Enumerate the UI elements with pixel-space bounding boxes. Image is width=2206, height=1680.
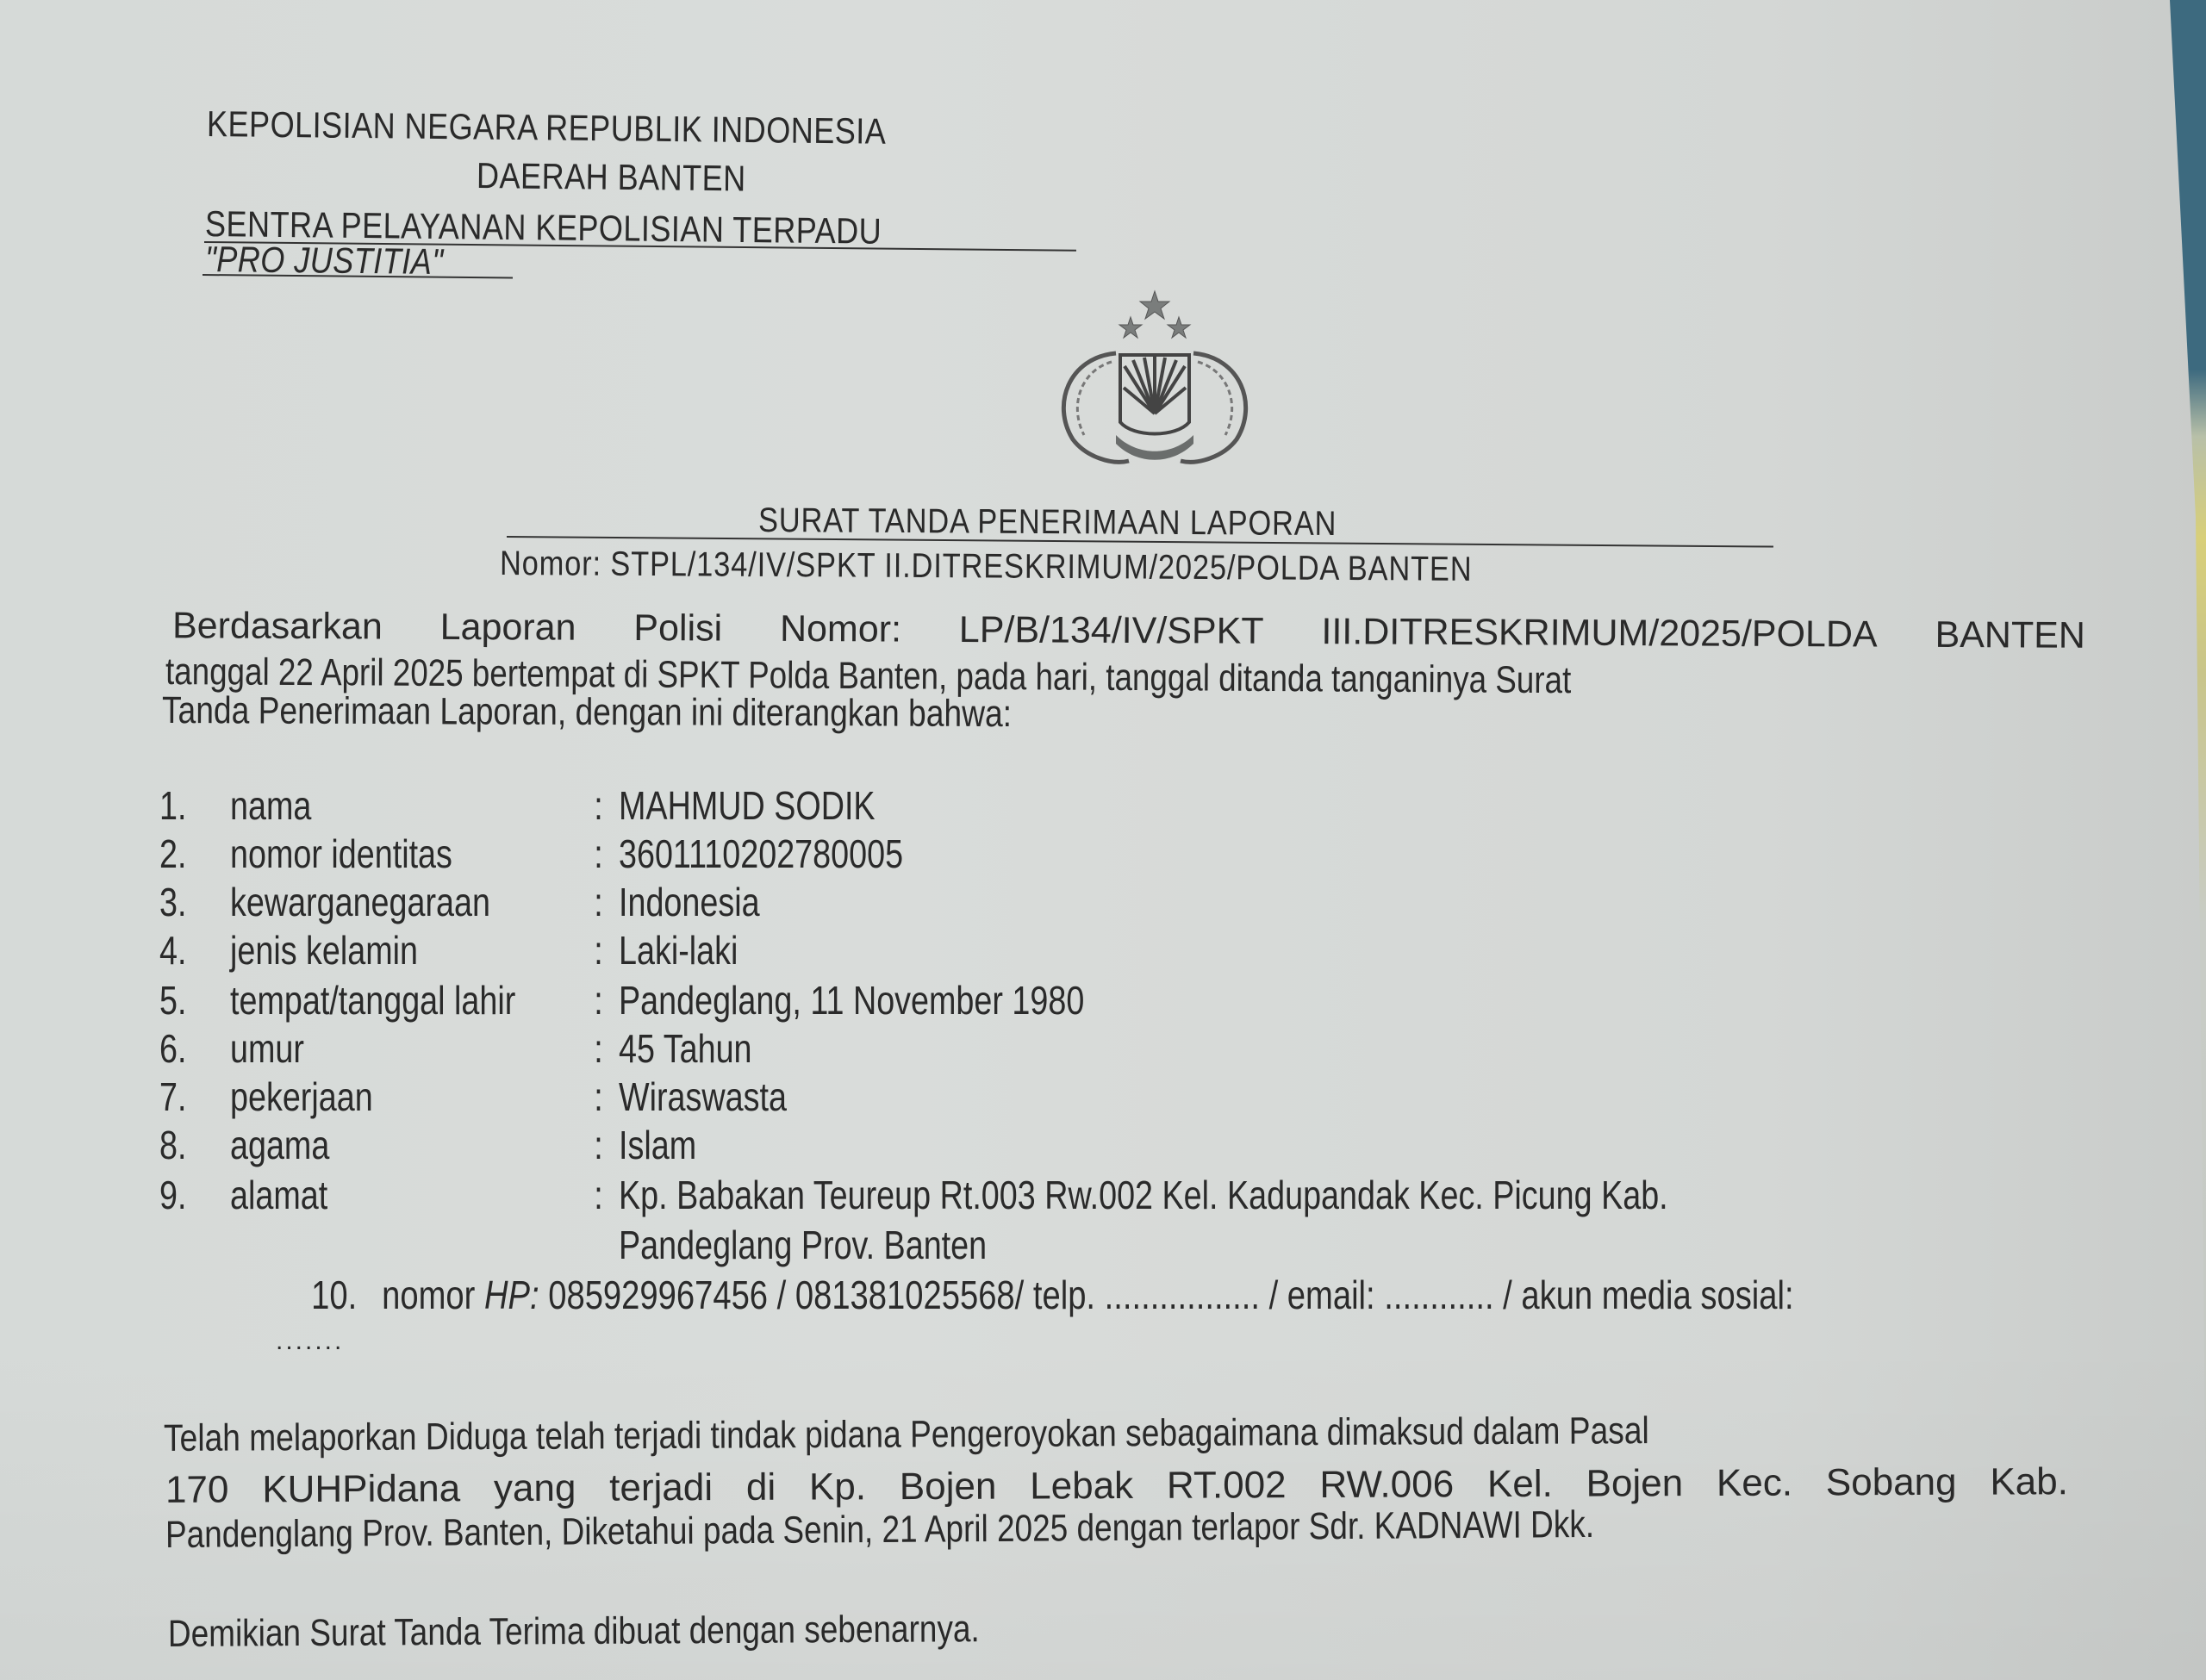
contact-row: 10. nomor HP: 085929967456 / 08138102556… bbox=[311, 1272, 1793, 1318]
report-line-3: Pandenglang Prov. Banten, Diketahui pada… bbox=[165, 1503, 1594, 1557]
header-region: DAERAH BANTEN bbox=[477, 155, 746, 199]
closing-statement: Demikian Surat Tanda Terima dibuat denga… bbox=[168, 1608, 980, 1656]
intro-line-1: Berdasarkan Laporan Polisi Nomor: LP/B/1… bbox=[172, 605, 2085, 657]
document-number: Nomor: STPL/134/IV/SPKT II.DITRESKRIMUM/… bbox=[500, 544, 1473, 589]
police-emblem-icon bbox=[1034, 284, 1258, 474]
report-line-1: Telah melaporkan Diduga telah terjadi ti… bbox=[164, 1409, 1649, 1460]
document-title: SURAT TANDA PENERIMAAN LAPORAN bbox=[758, 501, 1337, 544]
contact-continuation: ....... bbox=[276, 1327, 344, 1356]
report-line-2: 170 KUHPidana yang terjadi di Kp. Bojen … bbox=[165, 1460, 2068, 1512]
intro-line-3: Tanda Penerimaan Laporan, dengan ini dit… bbox=[162, 689, 1012, 736]
document-page: KEPOLISIAN NEGARA REPUBLIK INDONESIA DAE… bbox=[0, 0, 2206, 1680]
header-institution: KEPOLISIAN NEGARA REPUBLIK INDONESIA bbox=[207, 103, 887, 152]
